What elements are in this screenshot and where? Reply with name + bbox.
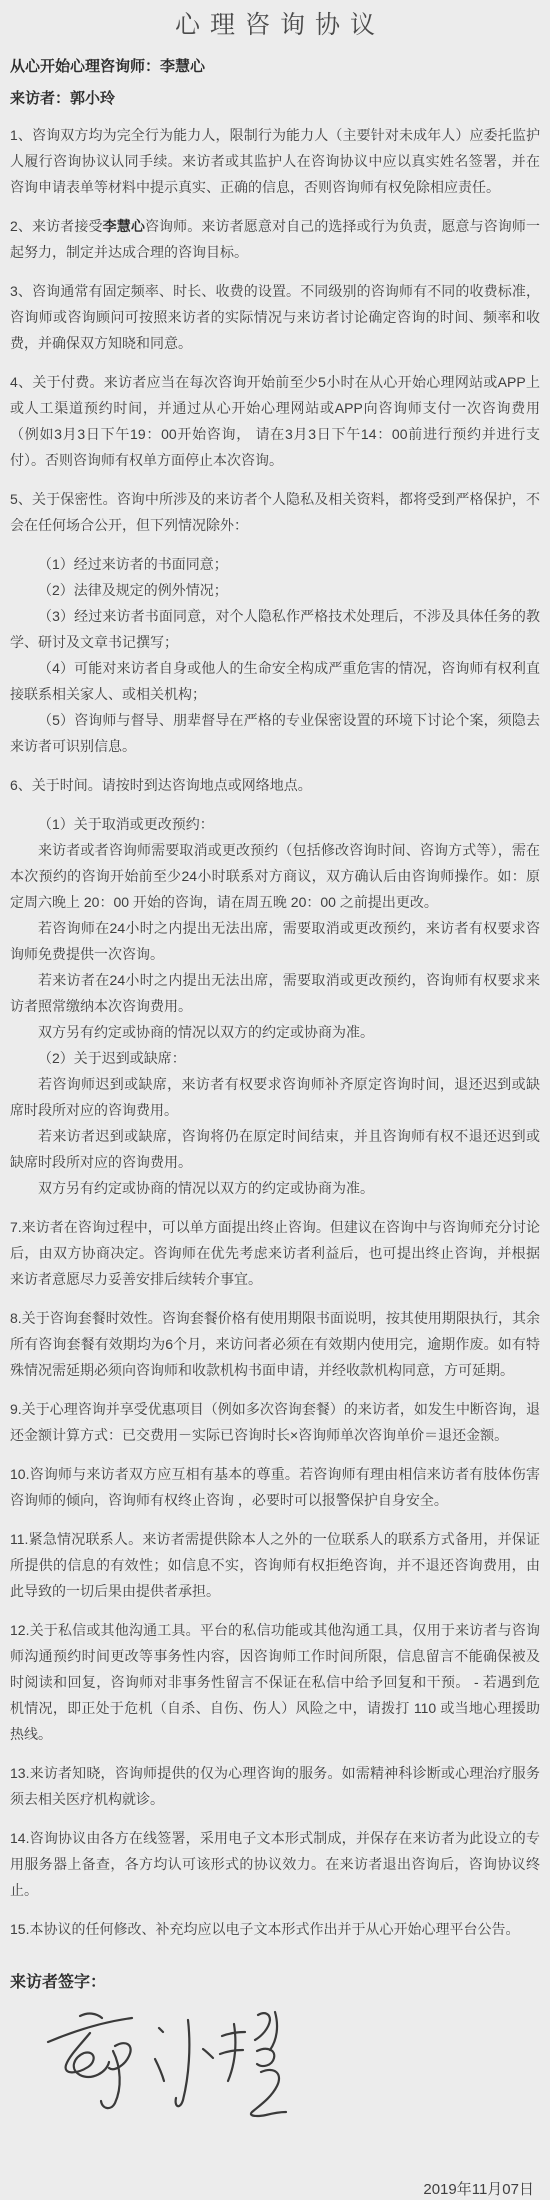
clause-paragraph: 6、关于时间。请按时到达咨询地点或网络地点。 — [10, 772, 540, 798]
sub-clause: （2）法律及规定的例外情况； — [10, 577, 540, 603]
page-title: 心理咨询协议 — [10, 0, 540, 42]
clause-paragraph: 8.关于咨询套餐时效性。咨询套餐价格有使用期限书面说明，按其使用期限执行，其余所… — [10, 1305, 540, 1383]
clause-paragraph: 11.紧急情况联系人。来访者需提供除本人之外的一位联系人的联系方式备用，并保证所… — [10, 1526, 540, 1604]
clause-paragraph: 13.来访者知晓，咨询师提供的仅为心理咨询的服务。如需精神科诊断或心理治疗服务须… — [10, 1760, 540, 1812]
sub-clause: （3）经过来访者书面同意，对个人隐私作严格技术处理后，不涉及具体任务的教学、研讨… — [10, 603, 540, 655]
clause-paragraph: 1、咨询双方均为完全行为能力人，限制行为能力人（主要针对未成年人）应委托监护人履… — [10, 122, 540, 200]
sub-clause: 若咨询师在24小时之内提出无法出席，需要取消或更改预约，来访者有权要求咨询师免费… — [10, 915, 540, 967]
sub-clause: （1）经过来访者的书面同意； — [10, 551, 540, 577]
sub-clause: （5）咨询师与督导、朋辈督导在严格的专业保密设置的环境下讨论个案，须隐去来访者可… — [10, 707, 540, 759]
clause-paragraph: 3、咨询通常有固定频率、时长、收费的设置。不同级别的咨询师有不同的收费标准，咨询… — [10, 278, 540, 356]
clause-paragraph: 4、关于付费。来访者应当在每次咨询开始前至少5小时在从心开始心理网站或APP上或… — [10, 369, 540, 473]
signature-label: 来访者签字： — [10, 1972, 540, 1994]
visitor-signature — [36, 2006, 292, 2134]
sub-clause: （1）关于取消或更改预约： — [10, 811, 540, 837]
sub-clause: 若来访者迟到或缺席，咨询将仍在原定时间结束，并且咨询师有权不退还迟到或缺席时段所… — [10, 1123, 540, 1175]
sub-clause: （2）关于迟到或缺席： — [10, 1045, 540, 1071]
clause-paragraph: 12.关于私信或其他沟通工具。平台的私信功能或其他沟通工具，仅用于来访者与咨询师… — [10, 1617, 540, 1747]
sub-clause: 双方另有约定或协商的情况以双方的约定或协商为准。 — [10, 1175, 540, 1201]
sub-clause: 若来访者在24小时之内提出无法出席，需要取消或更改预约，咨询师有权要求来访者照常… — [10, 967, 540, 1019]
clause-paragraph: 15.本协议的任何修改、补充均应以电子文本形式作出并于从心开始心理平台公告。 — [10, 1916, 540, 1942]
sub-clause: （4）可能对来访者自身或他人的生命安全构成严重危害的情况，咨询师有权利直接联系相… — [10, 655, 540, 707]
counselor-name-emphasis: 李慧心 — [103, 218, 145, 234]
clause-paragraph: 7.来访者在咨询过程中，可以单方面提出终止咨询。但建议在咨询中与咨询师充分讨论后… — [10, 1214, 540, 1292]
visitor-line: 来访者：郭小玲 — [10, 89, 540, 109]
sub-clause: 若咨询师迟到或缺席，来访者有权要求咨询师补齐原定咨询时间，退还迟到或缺席时段所对… — [10, 1071, 540, 1123]
clause-paragraph: 5、关于保密性。咨询中所涉及的来访者个人隐私及相关资料，都将受到严格保护，不会在… — [10, 486, 540, 538]
agreement-document: 心理咨询协议 从心开始心理咨询师：李慧心 来访者：郭小玲 1、咨询双方均为完全行… — [0, 0, 550, 2200]
agreement-date: 2019年11月07日 — [10, 2180, 534, 2200]
clause-paragraph: 14.咨询协议由各方在线签署，采用电子文本形式制成，并保存在来访者为此设立的专用… — [10, 1825, 540, 1903]
sub-clause: 来访者或者咨询师需要取消或更改预约（包括修改咨询时间、咨询方式等），需在本次预约… — [10, 837, 540, 915]
signature-drawing — [36, 2006, 292, 2134]
counselor-line: 从心开始心理咨询师：李慧心 — [10, 57, 540, 77]
clause-paragraph: 10.咨询师与来访者双方应互相有基本的尊重。若咨询师有理由相信来访者有肢体伤害咨… — [10, 1461, 540, 1513]
clause-paragraph: 2、来访者接受李慧心咨询师。来访者愿意对自己的选择或行为负责，愿意与咨询师一起努… — [10, 213, 540, 265]
sub-clause: 双方另有约定或协商的情况以双方的约定或协商为准。 — [10, 1019, 540, 1045]
clauses: 1、咨询双方均为完全行为能力人，限制行为能力人（主要针对未成年人）应委托监护人履… — [10, 122, 540, 1942]
clause-paragraph: 9.关于心理咨询并享受优惠项目（例如多次咨询套餐）的来访者，如发生中断咨询，退还… — [10, 1396, 540, 1448]
